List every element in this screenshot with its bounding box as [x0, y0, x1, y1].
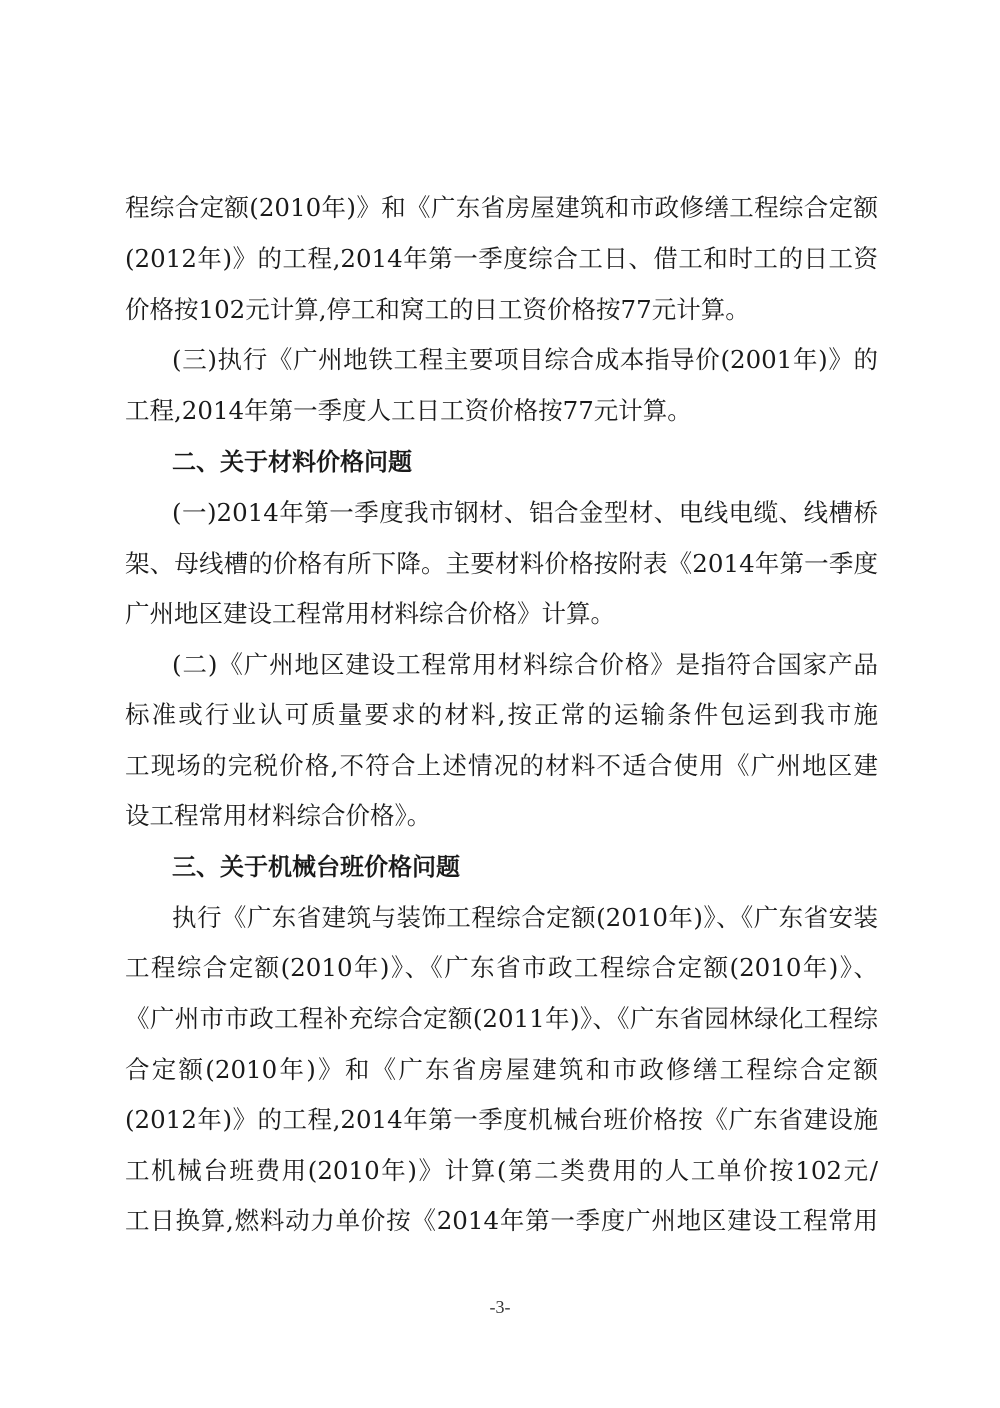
section-heading-machinery: 三、关于机械台班价格问题 — [172, 852, 460, 882]
paragraph-line: (三)执行《广州地铁工程主要项目综合成本指导价(2001年)》的 — [172, 345, 878, 375]
paragraph-line: 设工程常用材料综合价格》。 — [125, 801, 431, 831]
paragraph-line: 合定额(2010年)》和《广东省房屋建筑和市政修缮工程综合定额 — [125, 1055, 878, 1085]
paragraph-line: 程综合定额(2010年)》和《广东省房屋建筑和市政修缮工程综合定额 — [125, 193, 878, 223]
paragraph-line: (二)《广州地区建设工程常用材料综合价格》是指符合国家产品 — [172, 650, 878, 680]
paragraph-line: 价格按102元计算,停工和窝工的日工资价格按77元计算。 — [125, 295, 750, 325]
section-heading-materials: 二、关于材料价格问题 — [172, 447, 412, 477]
paragraph-line: 执行《广东省建筑与装饰工程综合定额(2010年)》、《广东省安装 — [172, 903, 878, 933]
paragraph-line: 标准或行业认可质量要求的材料,按正常的运输条件包运到我市施 — [125, 700, 878, 730]
paragraph-line: 工日换算,燃料动力单价按《2014年第一季度广州地区建设工程常用 — [125, 1206, 878, 1236]
paragraph-line: 《广州市市政工程补充综合定额(2011年)》、《广东省园林绿化工程综 — [125, 1004, 878, 1034]
page-number: -3- — [0, 1297, 1000, 1318]
paragraph-line: 架、母线槽的价格有所下降。主要材料价格按附表《2014年第一季度 — [125, 549, 878, 579]
document-page: 程综合定额(2010年)》和《广东省房屋建筑和市政修缮工程综合定额 (2012年… — [0, 0, 1000, 1408]
paragraph-line: 广州地区建设工程常用材料综合价格》计算。 — [125, 599, 615, 629]
paragraph-line: 工机械台班费用(2010年)》计算(第二类费用的人工单价按102元/ — [125, 1156, 878, 1186]
paragraph-line: (2012年)》的工程,2014年第一季度机械台班价格按《广东省建设施 — [125, 1105, 878, 1135]
paragraph-line: 工程,2014年第一季度人工日工资价格按77元计算。 — [125, 396, 692, 426]
paragraph-line: (一)2014年第一季度我市钢材、铝合金型材、电线电缆、线槽桥 — [172, 498, 878, 528]
paragraph-line: (2012年)》的工程,2014年第一季度综合工日、借工和时工的日工资 — [125, 244, 878, 274]
paragraph-line: 工现场的完税价格,不符合上述情况的材料不适合使用《广州地区建 — [125, 751, 878, 781]
paragraph-line: 工程综合定额(2010年)》、《广东省市政工程综合定额(2010年)》、 — [125, 953, 878, 983]
